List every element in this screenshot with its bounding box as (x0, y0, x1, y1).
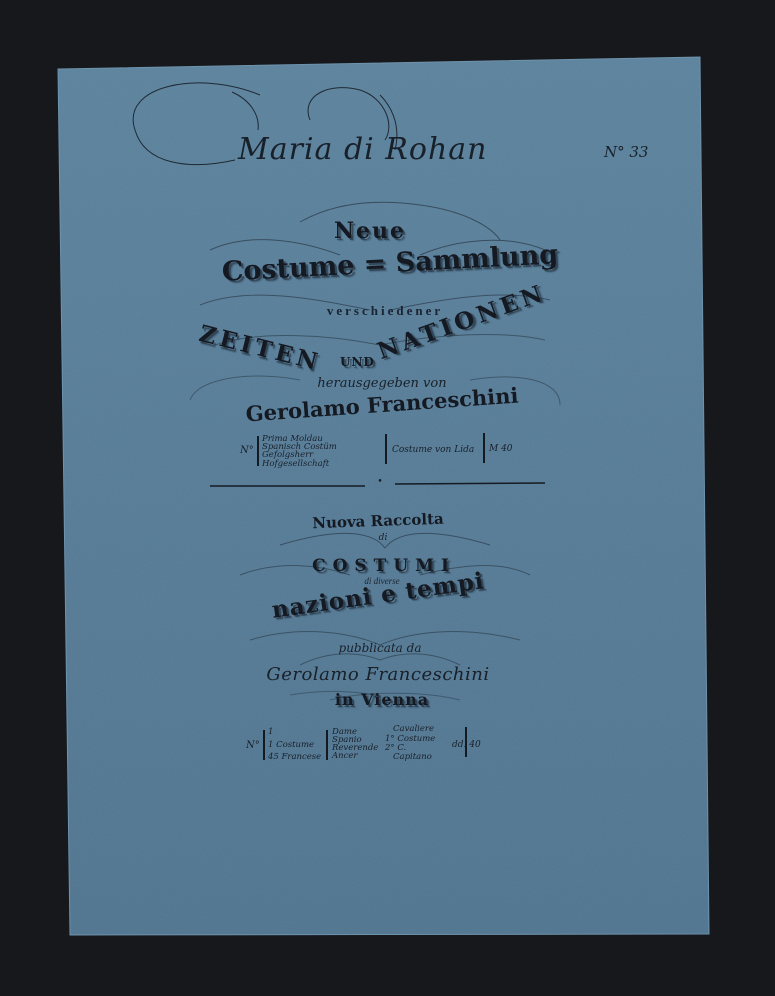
title-zeiten: ZEITEN (196, 320, 324, 376)
entry-price: dd. 40 (452, 740, 481, 750)
document-content: Maria di Rohan N° 33 Neue Costume = Samm… (0, 0, 775, 996)
entry-col3-row1: Cavaliere (393, 724, 434, 734)
entry-col1-row1: 1 (268, 727, 273, 737)
entry-prefix: N° (240, 445, 254, 456)
title-und: UND (340, 355, 375, 369)
title-verschiedener: verschiedener (327, 303, 443, 319)
title-publisher-italian: Gerolamo Franceschini (266, 664, 489, 685)
entry-col3-row4: Capitano (393, 752, 432, 762)
entry-col1-row3: 45 Francese (268, 752, 321, 762)
entry-col1-row2: 1 Costume (268, 740, 314, 750)
entry-price: M 40 (489, 444, 513, 454)
title-di: di (379, 533, 388, 543)
title-pubblicata-da: pubblicata da (339, 641, 422, 655)
entry-prefix: N° (246, 740, 260, 751)
entry-col2: Costume von Lida (392, 445, 474, 455)
title-nationen: NATIONEN (374, 279, 550, 365)
title-in-vienna: in Vienna (335, 690, 429, 709)
title-neue: Neue (334, 218, 406, 244)
entry-col1-row4: Hofgesellschaft (262, 459, 329, 469)
entry-col2-row4: Ancer (332, 751, 357, 761)
title-nuova-raccolta: Nuova Raccolta (312, 510, 444, 533)
title-costume-sammlung: Costume = Sammlung (221, 239, 559, 288)
handwritten-number: N° 33 (604, 143, 648, 161)
handwritten-title: Maria di Rohan (238, 132, 487, 167)
divider-ornament: • (377, 477, 382, 487)
